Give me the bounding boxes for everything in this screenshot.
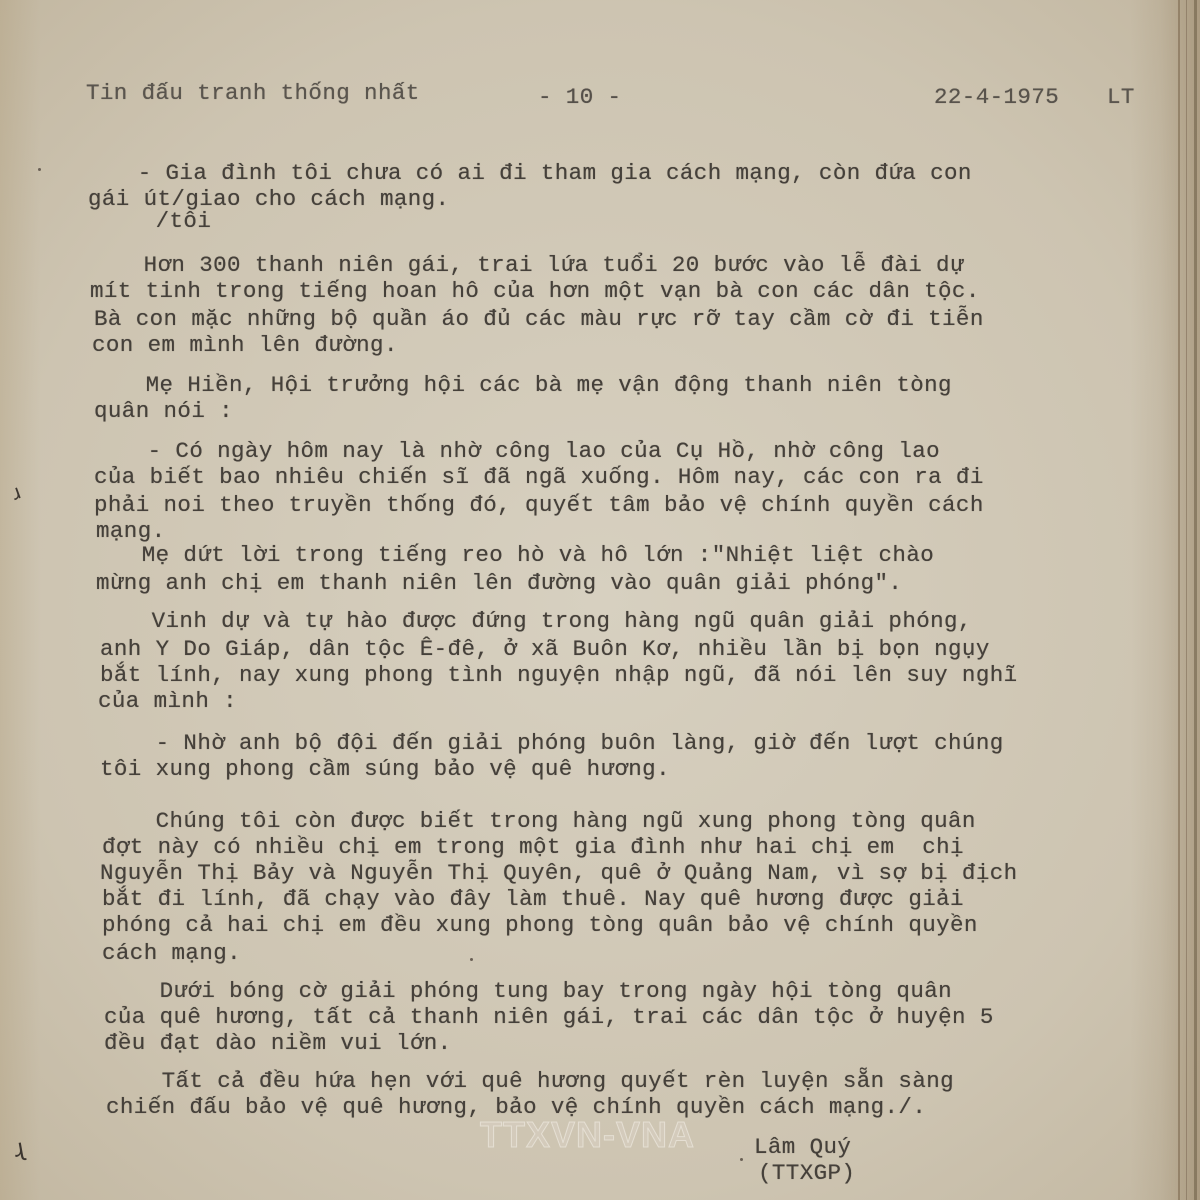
- paper-speck: [38, 168, 41, 171]
- ink-mark-icon: ɹ: [8, 479, 24, 504]
- document-line: - Nhờ anh bộ đội đến giải phóng buôn làn…: [100, 730, 1004, 756]
- header-page-number: - 10 -: [538, 84, 621, 110]
- document-line: mạng.: [96, 518, 166, 544]
- document-line: phải noi theo truyền thống đó, quyết tâm…: [94, 492, 984, 518]
- page-binding-edge: [1178, 0, 1180, 1200]
- ink-mark-icon: ɻ: [12, 1133, 27, 1162]
- signature-name: Lâm Quý: [754, 1134, 851, 1160]
- document-line: mừng anh chị em thanh niên lên đường vào…: [96, 570, 902, 596]
- document-line: đợt này có nhiều chị em trong một gia đì…: [102, 834, 964, 860]
- document-line: Vinh dự và tự hào được đứng trong hàng n…: [96, 608, 972, 634]
- paper-speck: [740, 1158, 743, 1161]
- header-title: Tin đấu tranh thống nhất: [86, 80, 420, 106]
- page-binding-edge: [1194, 0, 1197, 1200]
- document-line: cách mạng.: [102, 940, 241, 966]
- document-line: Hơn 300 thanh niên gái, trai lứa tuổi 20…: [88, 252, 964, 278]
- document-line: /tôi: [100, 208, 211, 234]
- document-line: của biết bao nhiêu chiến sĩ đã ngã xuống…: [94, 464, 984, 490]
- header-date: 22-4-1975: [934, 84, 1059, 110]
- document-line: Mẹ Hiền, Hội trưởng hội các bà mẹ vận độ…: [90, 372, 952, 398]
- document-line: đều đạt dào niềm vui lớn.: [104, 1030, 452, 1056]
- document-line: Mẹ dứt lời trong tiếng reo hò và hô lớn …: [100, 542, 934, 568]
- document-line: anh Y Do Giáp, dân tộc Ê-đê, ở xã Buôn K…: [100, 636, 990, 662]
- document-line: của quê hương, tất cả thanh niên gái, tr…: [104, 1004, 994, 1030]
- document-line: bắt lính, nay xung phong tình nguyện nhậ…: [100, 662, 1018, 688]
- document-line: phóng cả hai chị em đều xung phong tòng …: [102, 912, 978, 938]
- header-code: LT: [1107, 84, 1135, 110]
- page-binding-edge: [1186, 0, 1187, 1200]
- document-line: Tất cả đều hứa hẹn với quê hương quyết r…: [106, 1068, 954, 1094]
- document-line: con em mình lên đường.: [92, 332, 398, 358]
- scanned-document-page: Tin đấu tranh thống nhất - 10 - 22-4-197…: [0, 0, 1200, 1200]
- document-line: bắt đi lính, đã chạy vào đây làm thuê. N…: [102, 886, 964, 912]
- document-line: của mình :: [98, 688, 237, 714]
- document-line: - Gia đình tôi chưa có ai đi tham gia cá…: [96, 160, 972, 186]
- document-line: Nguyễn Thị Bảy và Nguyễn Thị Quyên, quê …: [100, 860, 1018, 886]
- document-line: chiến đấu bảo vệ quê hương, bảo vệ chính…: [106, 1094, 926, 1120]
- document-line: - Có ngày hôm nay là nhờ công lao của Cụ…: [92, 438, 940, 464]
- document-line: Bà con mặc những bộ quần áo đủ các màu r…: [94, 306, 984, 332]
- paper-speck: [470, 958, 473, 961]
- agency-watermark: TTXVN-VNA: [480, 1114, 695, 1156]
- document-line: tôi xung phong cầm súng bảo vệ quê hương…: [100, 756, 670, 782]
- document-line: Dưới bóng cờ giải phóng tung bay trong n…: [104, 978, 952, 1004]
- signature-agency: (TTXGP): [758, 1160, 855, 1186]
- document-line: quân nói :: [94, 398, 233, 424]
- document-line: Chúng tôi còn được biết trong hàng ngũ x…: [100, 808, 976, 834]
- document-line: mít tinh trong tiếng hoan hô của hơn một…: [90, 278, 980, 304]
